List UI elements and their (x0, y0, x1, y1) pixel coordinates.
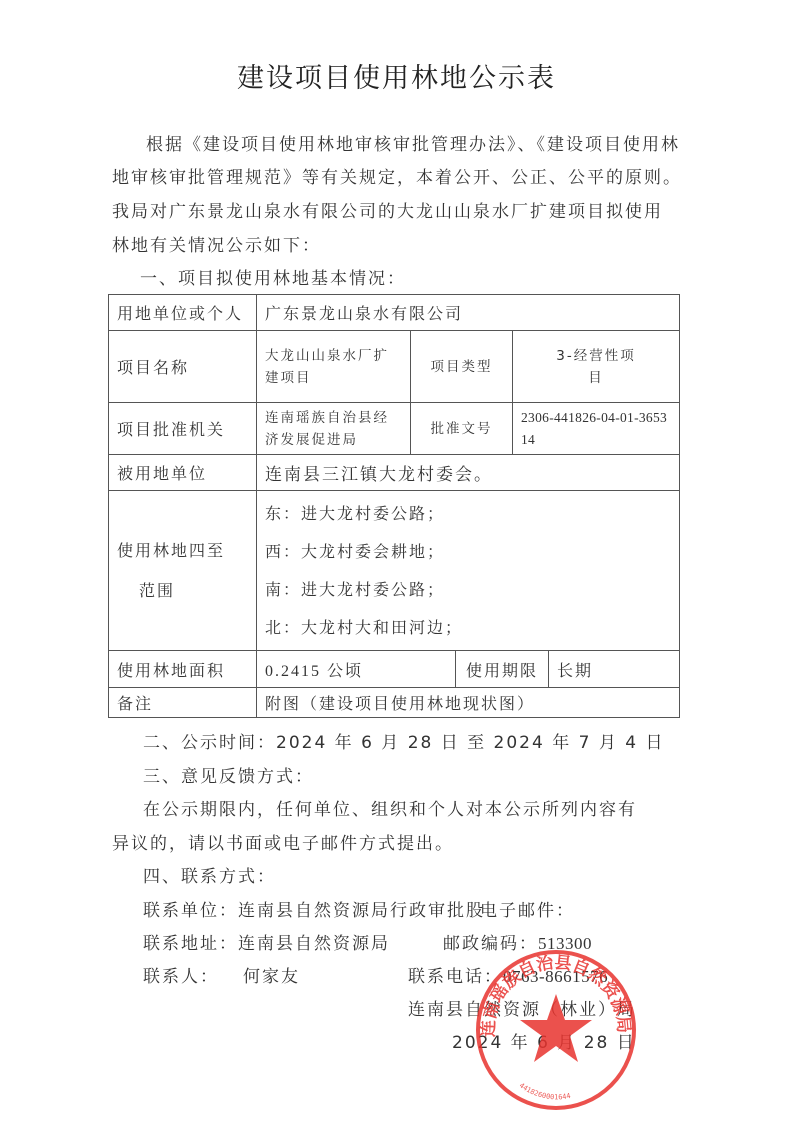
boundary-label-line2: 范围 (117, 571, 248, 611)
boundary-west: 西：大龙村委会耕地； (265, 533, 671, 571)
section1-heading: 一、项目拟使用林地基本情况： (140, 264, 406, 289)
contact-email-label: 电子邮件： (480, 901, 575, 921)
table-row: 备注 附图（建设项目使用林地现状图） (109, 688, 680, 718)
project-type-value: 3-经营性项目 (513, 331, 680, 403)
table-row: 项目名称 大龙山山泉水厂扩建项目 项目类型 3-经营性项目 (109, 331, 680, 403)
contact-phone-label: 联系电话： (408, 967, 503, 987)
applicant-label: 用地单位或个人 (109, 295, 257, 331)
feedback-line-1: 在公示期限内，任何单位、组织和个人对本公示所列内容有 (143, 795, 637, 820)
contact-address-label: 联系地址： (143, 934, 238, 954)
table-row: 项目批准机关 连南瑶族自治县经济发展促进局 批准文号 2306-441826-0… (109, 403, 680, 455)
term-cell: 使用期限 长期 (456, 651, 680, 688)
boundary-south: 南：进大龙村委公路； (265, 571, 671, 609)
remark-label: 备注 (109, 688, 257, 718)
contact-postcode-value: 513300 (538, 934, 592, 953)
contact-phone: 联系电话：0763-8661576 (408, 962, 608, 987)
section3-heading: 三、意见反馈方式： (143, 762, 314, 787)
term-label: 使用期限 (456, 651, 549, 687)
table-row: 用地单位或个人 广东景龙山泉水有限公司 (109, 295, 680, 331)
table-row: 使用林地四至 范围 东：进大龙村委公路； 西：大龙村委会耕地； 南：进大龙村委公… (109, 491, 680, 651)
contact-address: 联系地址：连南县自然资源局 (143, 929, 390, 954)
intro-line-3: 我局对广东景龙山泉水有限公司的大龙山山泉水厂扩建项目拟使用 (112, 197, 663, 222)
section2-publication-period: 二、公示时间：2024 年 6 月 28 日 至 2024 年 7 月 4 日 (143, 728, 664, 753)
contact-person: 联系人：何家友 (143, 962, 300, 987)
intro-line-2: 地审核审批管理规范》等有关规定，本着公开、公正、公平的原则。 (112, 163, 682, 188)
document-title: 建设项目使用林地公示表 (0, 56, 793, 95)
svg-text:4418260001644: 4418260001644 (518, 1081, 572, 1101)
section4-heading: 四、联系方式： (143, 862, 276, 887)
boundary-values: 东：进大龙村委公路； 西：大龙村委会耕地； 南：进大龙村委公路； 北：大龙村大和… (257, 491, 680, 651)
boundary-north: 北：大龙村大和田河边； (265, 609, 671, 647)
approval-authority-label: 项目批准机关 (109, 403, 257, 455)
land-owner-value: 连南县三江镇大龙村委会。 (257, 455, 680, 491)
contact-unit-value: 连南县自然资源局行政审批股 (238, 901, 485, 921)
intro-line-4: 林地有关情况公示如下： (112, 231, 321, 256)
table-row: 使用林地面积 0.2415 公顷 使用期限 长期 (109, 651, 680, 688)
approval-authority-value: 连南瑶族自治县经济发展促进局 (257, 403, 411, 455)
boundary-label: 使用林地四至 范围 (109, 491, 257, 651)
approval-doc-value: 2306-441826-04-01-365314 (513, 403, 680, 455)
contact-unit: 联系单位：连南县自然资源局行政审批股 (143, 896, 485, 921)
area-label: 使用林地面积 (109, 651, 257, 688)
boundary-east: 东：进大龙村委公路； (265, 495, 671, 533)
contact-address-value: 连南县自然资源局 (238, 934, 390, 954)
land-owner-label: 被用地单位 (109, 455, 257, 491)
contact-person-label: 联系人： (143, 967, 219, 987)
contact-phone-value: 0763-8661576 (503, 967, 608, 986)
applicant-value: 广东景龙山泉水有限公司 (257, 295, 680, 331)
area-value: 0.2415 公顷 (257, 651, 456, 688)
contact-postcode-label: 邮政编码： (443, 934, 538, 954)
contact-email: 电子邮件： (480, 896, 575, 921)
remark-value: 附图（建设项目使用林地现状图） (257, 688, 680, 718)
project-name-label: 项目名称 (109, 331, 257, 403)
issuer-name: 连南县自然资源（林业）局 (408, 995, 636, 1020)
intro-line-1: 根据《建设项目使用林地审核审批管理办法》、《建设项目使用林 (146, 130, 680, 155)
term-value: 长期 (549, 651, 679, 687)
table-row: 被用地单位 连南县三江镇大龙村委会。 (109, 455, 680, 491)
boundary-label-line1: 使用林地四至 (117, 531, 248, 571)
project-name-value: 大龙山山泉水厂扩建项目 (257, 331, 411, 403)
issue-date: 2024 年 6 月 28 日 (452, 1028, 636, 1053)
contact-postcode: 邮政编码：513300 (443, 929, 592, 954)
feedback-line-2: 异议的，请以书面或电子邮件方式提出。 (112, 829, 454, 854)
contact-person-value: 何家友 (243, 967, 300, 987)
project-info-table: 用地单位或个人 广东景龙山泉水有限公司 项目名称 大龙山山泉水厂扩建项目 项目类… (108, 294, 680, 718)
approval-doc-label: 批准文号 (411, 403, 513, 455)
project-type-label: 项目类型 (411, 331, 513, 403)
contact-unit-label: 联系单位： (143, 901, 238, 921)
